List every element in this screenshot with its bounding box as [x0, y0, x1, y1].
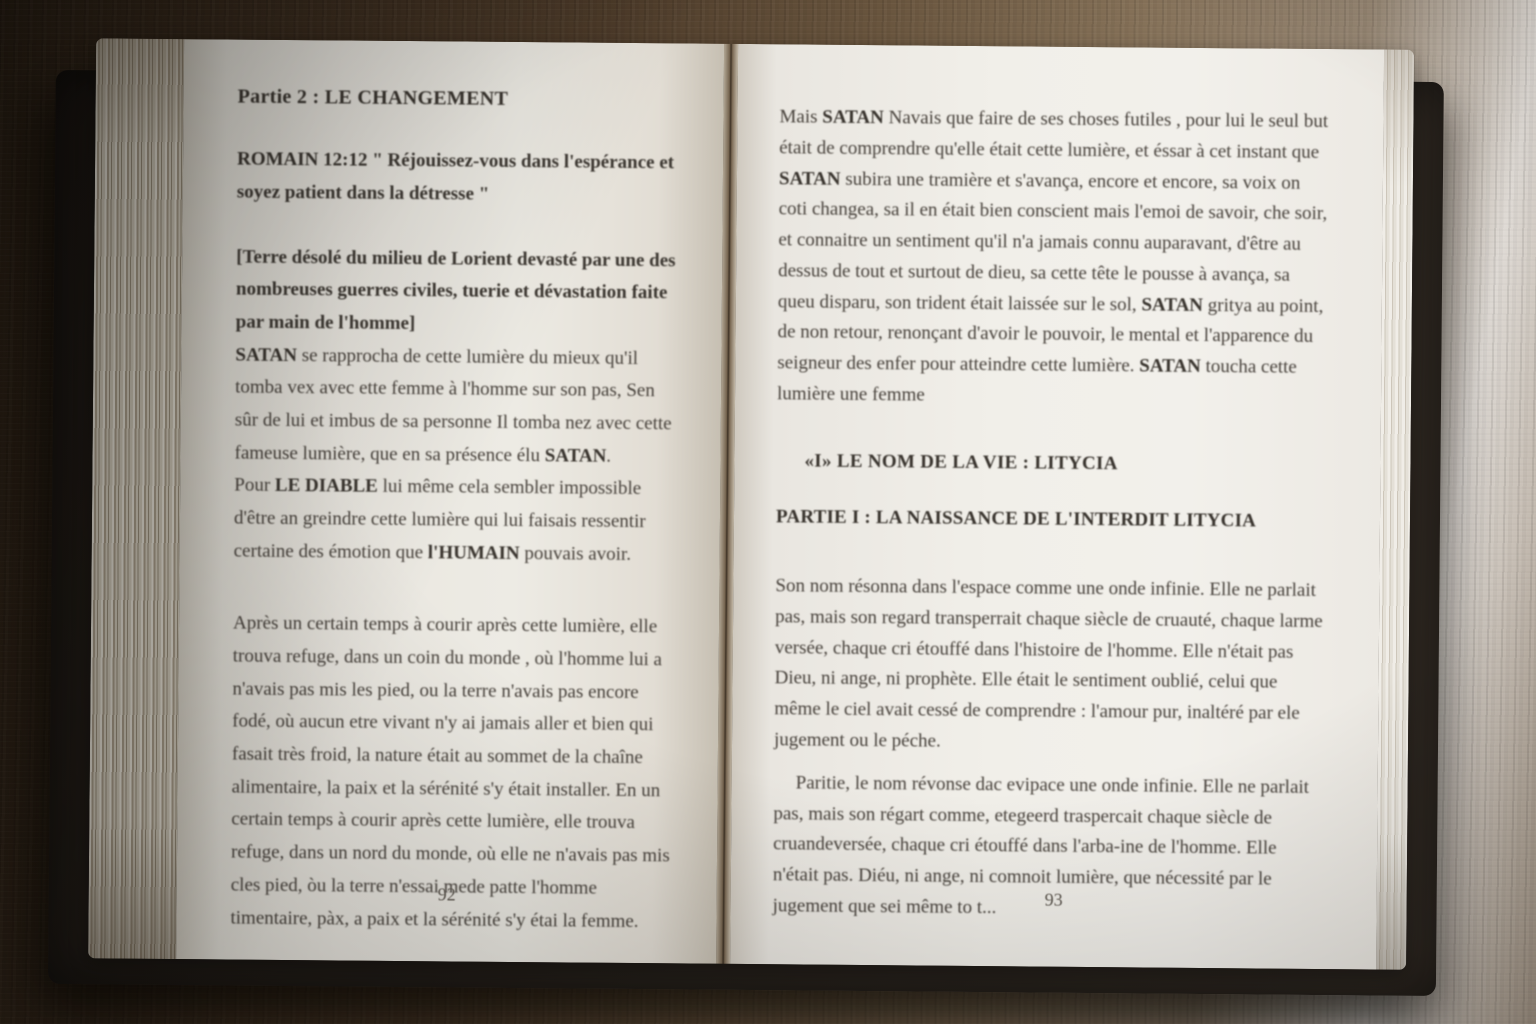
chapter-heading: «I» LE NOM DE LA VIE : LITYCIA — [776, 446, 1328, 482]
satan-paragraph: SATAN se rapprocha de cette lumière du m… — [234, 339, 675, 474]
left-page: Partie 2 : LE CHANGEMENT ROMAIN 12:12 " … — [176, 39, 724, 964]
part-2-heading: Partie 2 : LE CHANGEMENT — [237, 80, 677, 118]
right-page: Mais SATAN Navais que faire de ses chose… — [730, 44, 1384, 970]
diable-text: Pour — [234, 475, 275, 496]
open-book: Partie 2 : LE CHANGEMENT ROMAIN 12:12 " … — [48, 38, 1444, 996]
opening-paragraph: Mais SATAN Navais que faire de ses chose… — [777, 102, 1332, 414]
satan-word: SATAN — [1139, 356, 1201, 378]
verse-paragraph: ROMAIN 12:12 " Réjouissez-vous dans l'es… — [237, 144, 678, 213]
satan-word: SATAN — [545, 445, 607, 467]
humain-word: l'HUMAIN — [428, 542, 520, 564]
verse-reference: ROMAIN 12:12 — [237, 149, 368, 171]
satan-word: SATAN — [822, 107, 884, 129]
page-spread: Partie 2 : LE CHANGEMENT ROMAIN 12:12 " … — [88, 38, 1414, 969]
setting-paragraph: [Terre désolé du milieu de Lorient devas… — [236, 241, 677, 343]
satan-text-end: . — [606, 446, 611, 467]
part-1-heading: PARTIE I : LA NAISSANCE DE L'INTERDIT LI… — [776, 503, 1328, 539]
diable-text-end: pouvais avoir. — [520, 543, 632, 565]
satan-word: SATAN — [235, 344, 297, 366]
litycia-paragraph-1: Son nom résonna dans l'espace comme une … — [774, 571, 1328, 760]
right-page-text: Mais SATAN Navais que faire de ses chose… — [730, 44, 1384, 970]
le-diable-word: LE DIABLE — [275, 475, 378, 497]
left-page-text: Partie 2 : LE CHANGEMENT ROMAIN 12:12 " … — [176, 39, 724, 964]
diable-paragraph: Pour LE DIABLE lui même cela sembler imp… — [234, 470, 675, 572]
opening-text: subira une tramière et s'avança, encore … — [778, 168, 1327, 315]
satan-word: SATAN — [1141, 294, 1203, 316]
satan-word: SATAN — [779, 168, 841, 190]
page-stack-left — [88, 38, 184, 959]
opening-text: Mais — [779, 106, 822, 127]
